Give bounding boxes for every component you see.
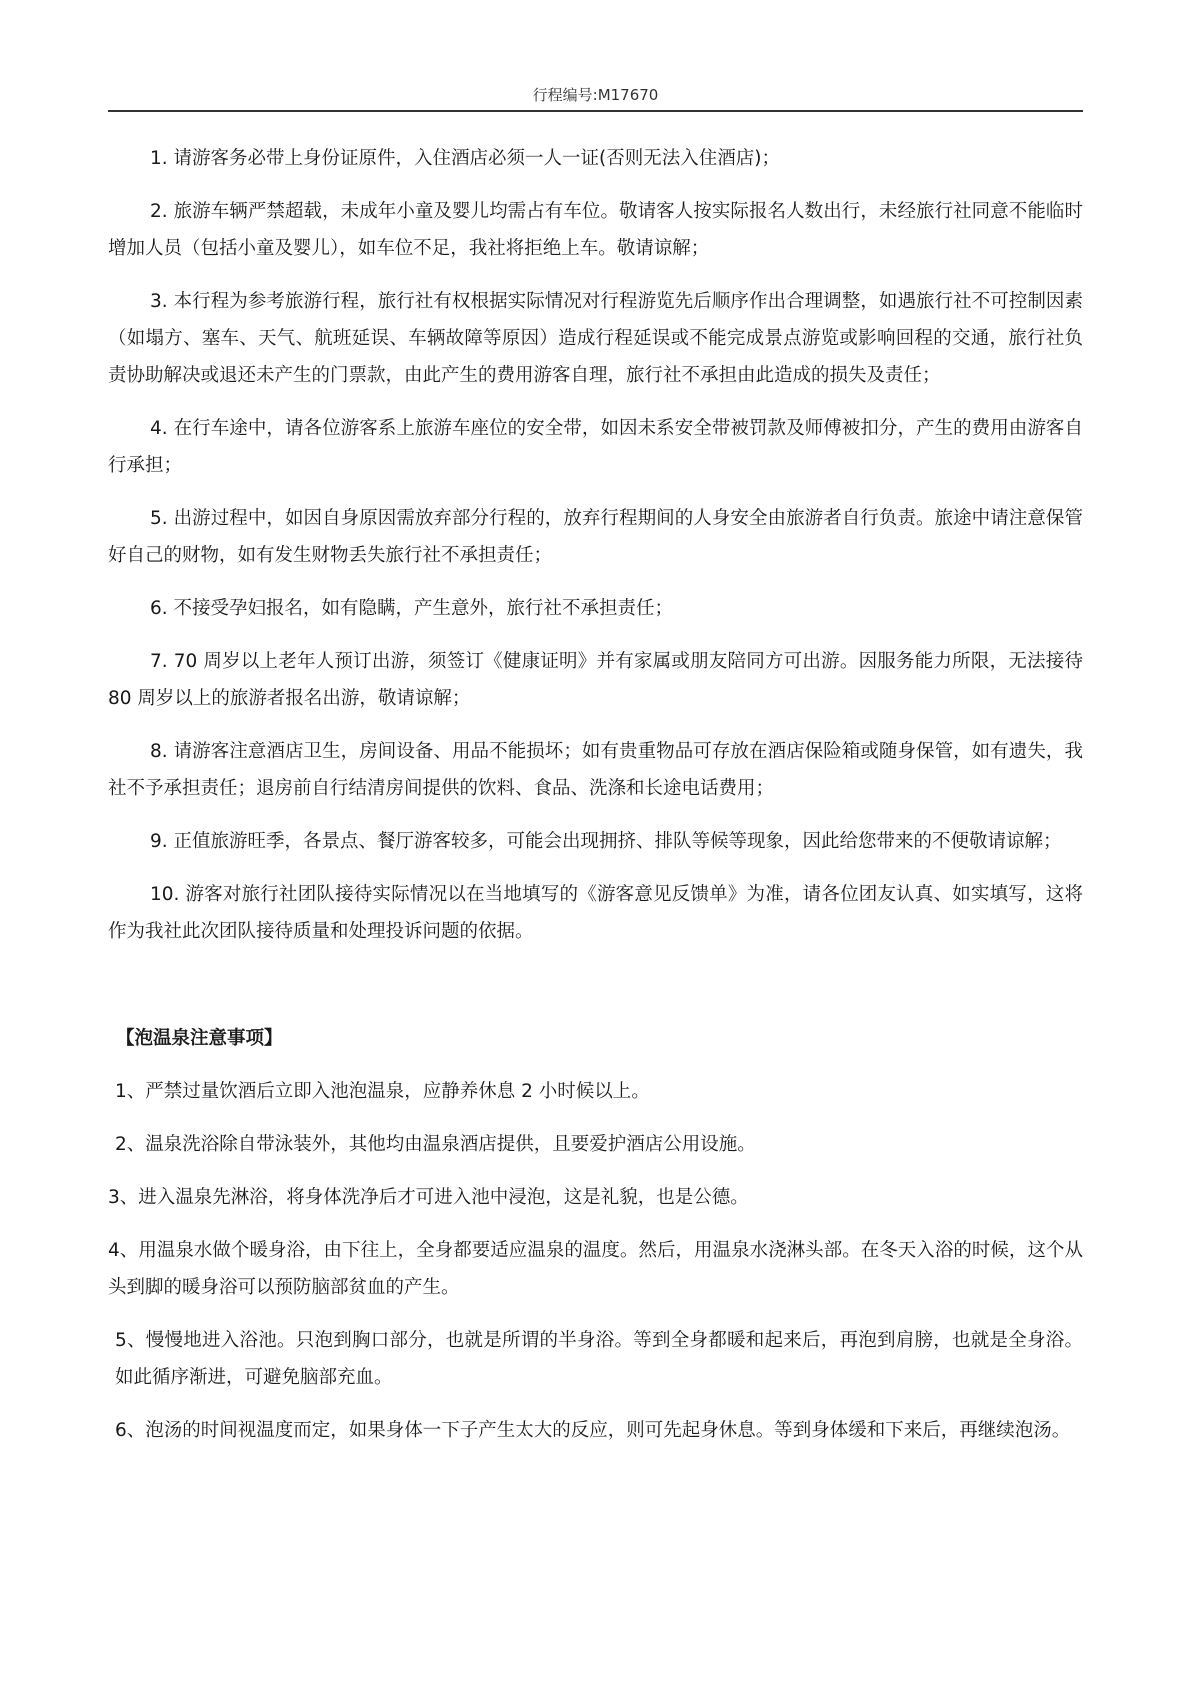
notice-item-7: 7. 70 周岁以上老年人预订出游，须签订《健康证明》并有家属或朋友陪同方可出游… xyxy=(108,643,1083,717)
hot-spring-item-1: 1、严禁过量饮酒后立即入池泡温泉，应静养休息 2 小时候以上。 xyxy=(108,1073,1083,1110)
notice-item-10: 10. 游客对旅行社团队接待实际情况以在当地填写的《游客意见反馈单》为准，请各位… xyxy=(108,876,1083,950)
notice-item-2: 2. 旅游车辆严禁超载，未成年小童及婴儿均需占有车位。敬请客人按实际报名人数出行… xyxy=(108,193,1083,267)
header-divider xyxy=(108,110,1083,112)
notice-item-8: 8. 请游客注意酒店卫生，房间设备、用品不能损坏；如有贵重物品可存放在酒店保险箱… xyxy=(108,733,1083,807)
hot-spring-item-3: 3、进入温泉先淋浴，将身体洗净后才可进入池中浸泡，这是礼貌，也是公德。 xyxy=(108,1179,1083,1216)
trip-number-header: 行程编号:M17670 xyxy=(108,84,1083,105)
hot-spring-item-2: 2、温泉洗浴除自带泳装外，其他均由温泉酒店提供，且要爱护酒店公用设施。 xyxy=(108,1126,1083,1163)
notice-item-3: 3. 本行程为参考旅游行程，旅行社有权根据实际情况对行程游览先后顺序作出合理调整… xyxy=(108,283,1083,394)
document-body: 1. 请游客务必带上身份证原件，入住酒店必须一人一证(否则无法入住酒店)； 2.… xyxy=(108,140,1083,1465)
hot-spring-item-4: 4、用温泉水做个暖身浴，由下往上，全身都要适应温泉的温度。然后，用温泉水浇淋头部… xyxy=(108,1232,1083,1306)
notice-item-1: 1. 请游客务必带上身份证原件，入住酒店必须一人一证(否则无法入住酒店)； xyxy=(108,140,1083,177)
hot-spring-item-6: 6、泡汤的时间视温度而定，如果身体一下子产生太大的反应，则可先起身休息。等到身体… xyxy=(108,1412,1083,1449)
notice-item-4: 4. 在行车途中，请各位游客系上旅游车座位的安全带，如因未系安全带被罚款及师傅被… xyxy=(108,410,1083,484)
notice-item-6: 6. 不接受孕妇报名，如有隐瞒，产生意外，旅行社不承担责任； xyxy=(108,590,1083,627)
hot-spring-item-5: 5、慢慢地进入浴池。只泡到胸口部分，也就是所谓的半身浴。等到全身都暖和起来后，再… xyxy=(108,1322,1083,1396)
notice-item-9: 9. 正值旅游旺季，各景点、餐厅游客较多，可能会出现拥挤、排队等候等现象，因此给… xyxy=(108,823,1083,860)
notice-item-5: 5. 出游过程中，如因自身原因需放弃部分行程的，放弃行程期间的人身安全由旅游者自… xyxy=(108,500,1083,574)
hot-spring-section-title: 【泡温泉注意事项】 xyxy=(116,1020,1083,1057)
